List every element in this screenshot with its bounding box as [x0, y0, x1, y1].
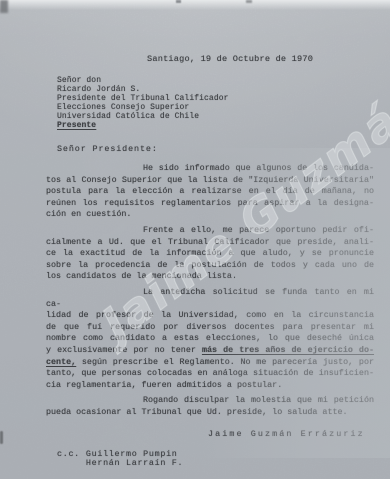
letter-page: Santiago, 19 de Octubre de 1970 Señor do… [0, 0, 390, 479]
scan-speck [246, 0, 252, 3]
paragraph: La antedicha solicitud se funda tanto en… [46, 287, 374, 391]
text-line: pueda ocasionar al Tribunal que Ud. pres… [46, 407, 374, 419]
text-line: cia reglamentaria, fueren admitidos a po… [46, 380, 374, 392]
scan-light-band [0, 0, 390, 10]
text-segment: reúnen los requisitos reglamentarios par… [46, 198, 374, 208]
text-line: sobre la procedencia de la postulación d… [46, 260, 374, 272]
letter-body: He sido informado que algunos de los can… [46, 163, 374, 422]
text-segment: cia reglamentaria, fueren admitidos a po… [46, 380, 282, 390]
paragraph: Rogando disculpar la molestia que mi pet… [46, 395, 374, 418]
date-line: Santiago, 19 de Octubre de 1970 [147, 54, 313, 64]
text-line: He sido informado que algunos de los can… [46, 163, 374, 175]
text-segment: según prescribe el Reglamento. No me par… [76, 357, 374, 367]
text-line: cente, según prescribe el Reglamento. No… [46, 357, 374, 369]
text-line: tanto, que personas colocadas en análoga… [46, 368, 374, 380]
recipient-block: Señor donRicardo Jordán S.Presidente del… [57, 77, 229, 130]
text-segment: y exclusivamente por no tener [46, 345, 202, 355]
cc-label: c.c. [57, 450, 80, 468]
text-segment: La antedicha solicitud se funda tanto en… [46, 287, 374, 309]
paragraph: He sido informado que algunos de los can… [46, 163, 374, 221]
text-segment: postula para la elección a realizarse en… [46, 186, 374, 196]
text-segment: ción en cuestión. [46, 209, 131, 219]
text-segment: lidad de profesor de la Universidad, com… [46, 310, 374, 320]
scan-speck [176, 0, 181, 3]
recipient-lines: Señor donRicardo Jordán S.Presidente del… [57, 77, 229, 122]
scan-corner-mark [0, 0, 8, 13]
text-line: de que fuí requerido por diversos docent… [46, 322, 374, 334]
text-segment: cialmente a Ud. que el Tribunal Califica… [46, 237, 374, 247]
text-line: reúnen los requisitos reglamentarios par… [46, 198, 374, 210]
paragraph: Frente a ello, me parece oportuno pedir … [46, 225, 374, 283]
text-line: Rogando disculpar la molestia que mi pet… [46, 395, 374, 407]
scan-edge-mark [0, 431, 3, 444]
signature: Jaime Guzmán Errázuriz [208, 429, 365, 439]
cc-block: c.c. Guillermo PumpinHernán Larraín F. [57, 450, 183, 468]
text-line: postula para la elección a realizarse en… [46, 186, 374, 198]
cc-name: Hernán Larraín F. [86, 459, 183, 468]
text-line: los candidatos de la mencionada lista. [46, 271, 374, 283]
text-line: Frente a ello, me parece oportuno pedir … [46, 225, 374, 237]
text-line: y exclusivamente por no tener más de tre… [46, 345, 374, 357]
text-segment: Rogando disculpar la molestia que mi pet… [143, 395, 374, 405]
text-segment: sobre la procedencia de la postulación d… [46, 260, 374, 270]
text-segment: los candidatos de la mencionada lista. [46, 271, 237, 281]
cc-names: Guillermo PumpinHernán Larraín F. [86, 450, 183, 468]
text-line: cialmente a Ud. que el Tribunal Califica… [46, 237, 374, 249]
presente-line: Presente [57, 122, 229, 131]
text-segment: pueda ocasionar al Tribunal que Ud. pres… [46, 407, 348, 417]
text-line: La antedicha solicitud se funda tanto en… [46, 287, 374, 310]
underlined-text: cente, [46, 357, 76, 367]
underlined-text: más de tres años de ejercicio do- [202, 345, 374, 355]
text-segment: tos al Consejo Superior que la lista de … [46, 175, 374, 185]
text-line: tos al Consejo Superior que la lista de … [46, 175, 374, 187]
text-segment: ce la exactitud de la información a que … [46, 248, 374, 258]
salutation: Señor Presidente: [57, 144, 158, 154]
text-line: ción en cuestión. [46, 209, 374, 221]
text-line: lidad de profesor de la Universidad, com… [46, 310, 374, 322]
text-line: nombre como candidato a estas elecciones… [46, 333, 374, 345]
text-segment: He sido informado que algunos de los can… [143, 163, 374, 173]
text-segment: nombre como candidato a estas elecciones… [46, 333, 374, 343]
text-segment: Frente a ello, me parece oportuno pedir … [143, 225, 374, 235]
text-segment: de que fuí requerido por diversos docent… [46, 322, 374, 332]
text-segment: tanto, que personas colocadas en análoga… [46, 368, 374, 378]
text-line: ce la exactitud de la información a que … [46, 248, 374, 260]
